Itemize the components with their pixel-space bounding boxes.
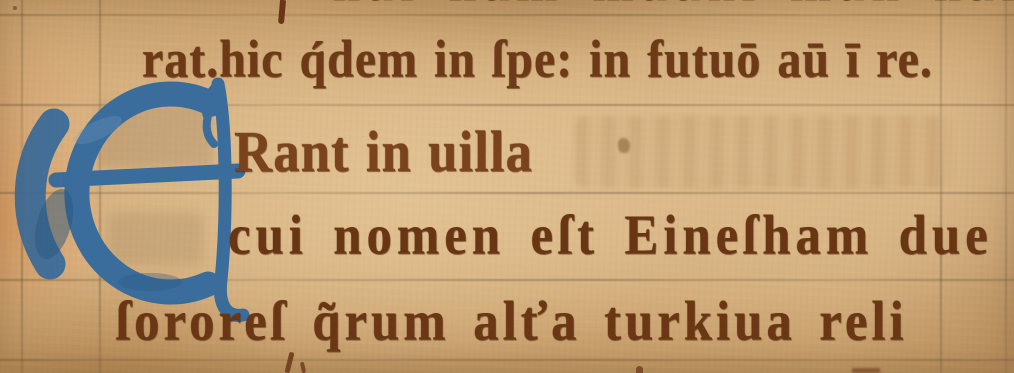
ruling-line-horizontal-1 [0, 14, 1014, 16]
cropped-descender-fragment [278, 0, 286, 24]
text-line-4: ſororeſ q̃rum alťa turkiua reli [116, 290, 908, 354]
showthrough-patch-right [575, 116, 953, 188]
showthrough-ink-speck [618, 138, 630, 153]
initial-shading-dark-bottom [118, 273, 182, 291]
text-line-3: cui nomen eſt Eineſham due [228, 204, 993, 268]
initial-crossbar-stroke [56, 171, 238, 180]
ruling-line-vertical-3 [940, 0, 942, 373]
cropped-text-line-top: nui num muuni mun num uio [332, 0, 1014, 12]
cropped-text-line-top-text: nui num muuni mun num uio [332, 0, 1014, 12]
text-line-1: rat.hic q́dem in ſpe: in futuō aū ī re. [142, 28, 933, 90]
cropped-ascender-fragment-1 [285, 352, 295, 373]
ruling-line-horizontal-5 [0, 359, 1014, 361]
manuscript-page: nui num muuni mun num uio rat.hic q́dem … [0, 0, 1014, 373]
ruling-line-vertical-4 [1005, 0, 1007, 373]
cropped-ascender-fragment-4 [852, 368, 880, 373]
initial-beak-stroke [207, 104, 214, 144]
cropped-ascender-fragment-3 [636, 366, 643, 373]
text-line-2: Rant in uilla [234, 118, 533, 185]
cropped-ascender-fragment-2 [300, 362, 306, 373]
parchment-freckle [13, 6, 17, 10]
